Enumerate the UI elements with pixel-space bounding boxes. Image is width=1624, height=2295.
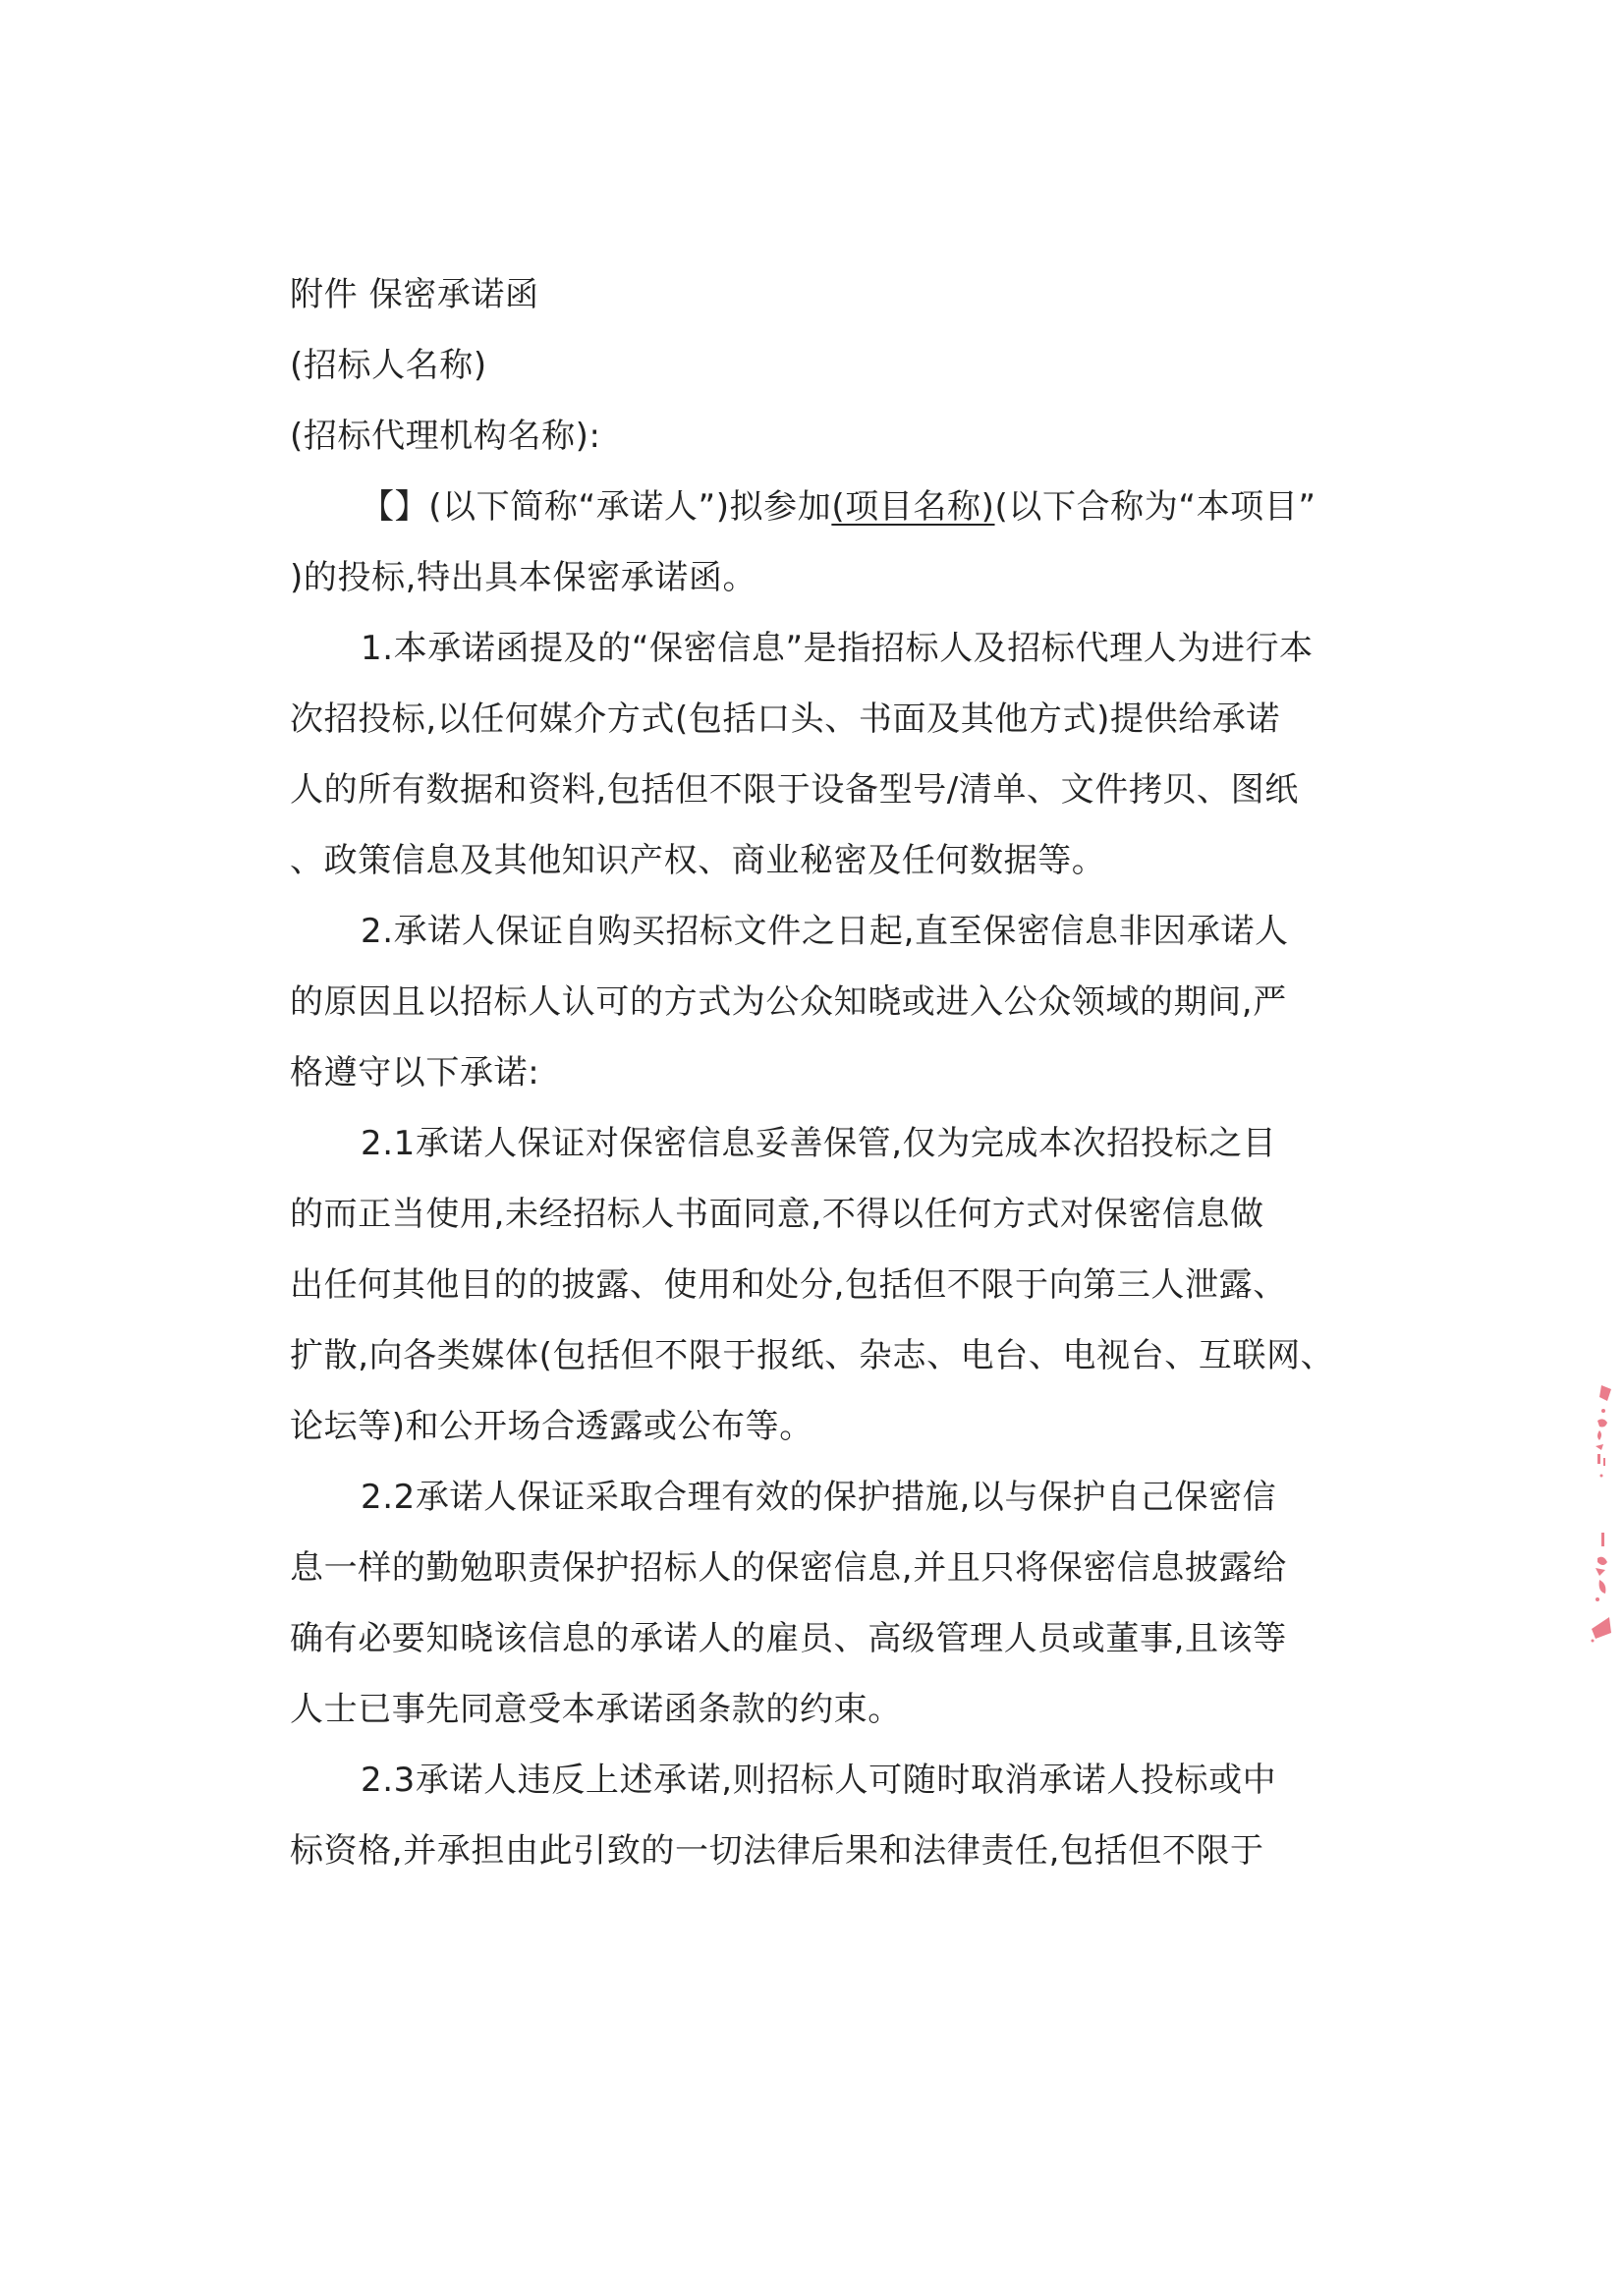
clause-2-line: 格遵守以下承诺:	[290, 1051, 1351, 1122]
clause-2-line: 2.承诺人保证自购买招标文件之日起,直至保密信息非因承诺人	[290, 910, 1351, 980]
project-name-placeholder: (项目名称)	[831, 487, 994, 527]
clause-2-1-line: 出任何其他目的的披露、使用和处分,包括但不限于向第三人泄露、	[290, 1263, 1351, 1334]
clause-2-1-line: 论坛等)和公开场合透露或公布等。	[290, 1405, 1351, 1476]
intro-text-post: (以下合称为“本项目”	[995, 487, 1316, 527]
addressee-agency: (招标代理机构名称):	[290, 415, 1351, 485]
clause-1-line: 1.本承诺函提及的“保密信息”是指招标人及招标代理人为进行本	[290, 627, 1351, 698]
clause-2-line: 的原因且以招标人认可的方式为公众知晓或进入公众领域的期间,严	[290, 980, 1351, 1051]
clause-2-1-line: 2.1承诺人保证对保密信息妥善保管,仅为完成本次招投标之目	[290, 1122, 1351, 1193]
clause-2-2-line: 人士已事先同意受本承诺函条款的约束。	[290, 1688, 1351, 1759]
addressee-tenderer: (招标人名称)	[290, 344, 1351, 415]
clause-2-2-line: 2.2承诺人保证采取合理有效的保护措施,以与保护自己保密信	[290, 1476, 1351, 1546]
clause-2-1-line: 扩散,向各类媒体(包括但不限于报纸、杂志、电台、电视台、互联网、	[290, 1334, 1351, 1405]
clause-2-2-line: 确有必要知晓该信息的承诺人的雇员、高级管理人员或董事,且该等	[290, 1617, 1351, 1688]
clause-1-line: 、政策信息及其他知识产权、商业秘密及任何数据等。	[290, 839, 1351, 910]
document-page: 附件 保密承诺函 (招标人名称) (招标代理机构名称): 【】(以下简称“承诺人…	[0, 0, 1624, 2295]
clause-1-line: 次招投标,以任何媒介方式(包括口头、书面及其他方式)提供给承诺	[290, 698, 1351, 768]
intro-line-2: )的投标,特出具本保密承诺函。	[290, 556, 1351, 627]
clause-2-3-line: 2.3承诺人违反上述承诺,则招标人可随时取消承诺人投标或中	[290, 1759, 1351, 1829]
clause-1-line: 人的所有数据和资料,包括但不限于设备型号/清单、文件拷贝、图纸	[290, 768, 1351, 839]
clause-2-1-line: 的而正当使用,未经招标人书面同意,不得以任何方式对保密信息做	[290, 1193, 1351, 1263]
seal-stamp-icon	[1590, 1385, 1623, 1651]
intro-line-1: 【】(以下简称“承诺人”)拟参加(项目名称)(以下合称为“本项目”	[290, 485, 1351, 556]
document-body: 附件 保密承诺函 (招标人名称) (招标代理机构名称): 【】(以下简称“承诺人…	[290, 273, 1351, 1900]
document-title: 附件 保密承诺函	[290, 273, 1351, 344]
clause-2-3-line: 标资格,并承担由此引致的一切法律后果和法律责任,包括但不限于	[290, 1829, 1351, 1900]
clause-2-2-line: 息一样的勤勉职责保护招标人的保密信息,并且只将保密信息披露给	[290, 1546, 1351, 1617]
intro-text-pre: 【】(以下简称“承诺人”)拟参加	[361, 487, 831, 527]
